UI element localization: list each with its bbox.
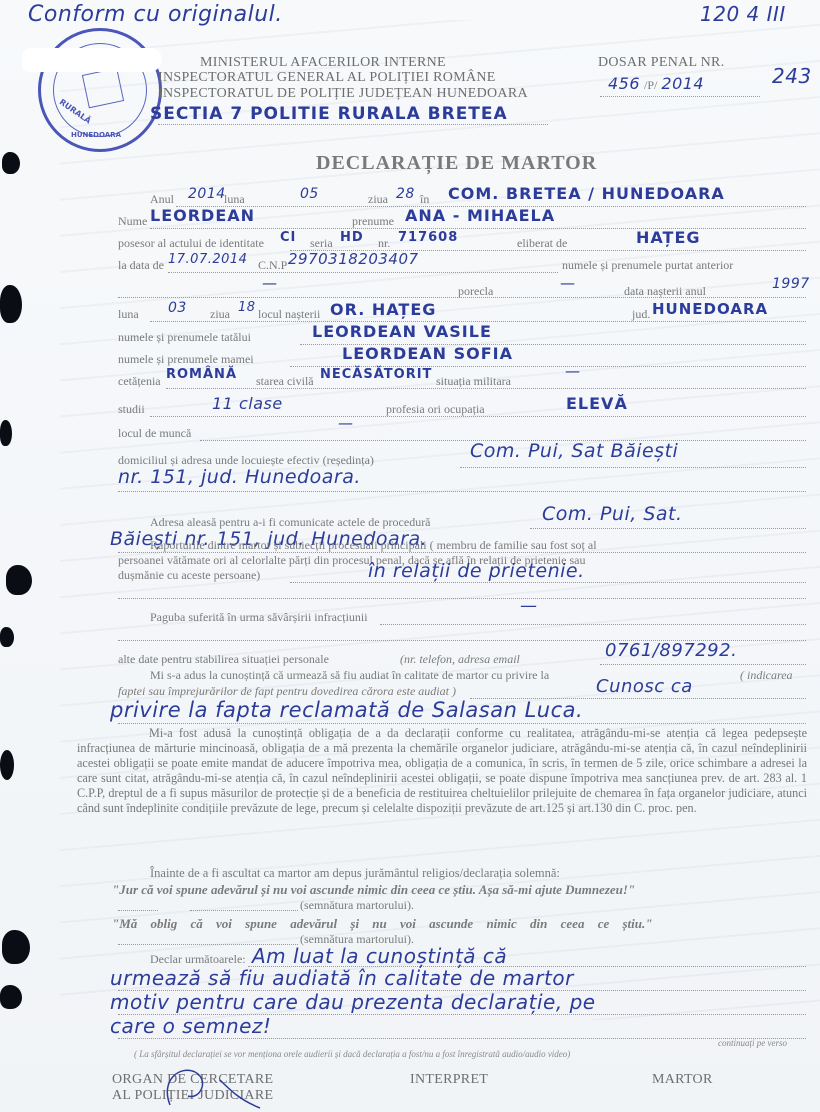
signature-witness-label: MARTOR — [652, 1072, 713, 1088]
punch-hole — [0, 627, 14, 647]
declaration-line: urmează să fiu audiată în calitate de ma… — [110, 966, 574, 990]
field-series: HD — [340, 230, 364, 245]
officer-signature — [150, 1060, 270, 1110]
audit-subject-handwritten-continued: privire la fapta reclamată de Salasan Lu… — [110, 698, 583, 722]
case-file-label: DOSAR PENAL NR. — [598, 55, 725, 71]
field-id-number: 717608 — [398, 230, 458, 245]
signature-placeholder: (semnătura martorului). — [300, 898, 414, 913]
field-residence-continued: nr. 151, jud. Hunedoara. — [118, 466, 361, 488]
case-file-extra-number: 243 — [772, 64, 812, 88]
field-nickname: — — [560, 274, 576, 292]
punch-hole — [2, 930, 30, 964]
punch-hole — [0, 750, 14, 780]
declaration-line: motiv pentru care dau prezenta declarați… — [110, 990, 596, 1014]
oath-intro: Înainte de a fi ascultat ca martor am de… — [150, 866, 560, 881]
page-marks: 120 4 III — [700, 2, 786, 26]
audit-subject-handwritten: Cunosc ca — [596, 676, 693, 697]
field-cnp: 2970318203407 — [288, 250, 419, 268]
signature-interpreter-label: INTERPRET — [410, 1072, 488, 1088]
field-relations: în relații de prietenie. — [368, 560, 585, 582]
case-file-year: 2014 — [661, 74, 704, 93]
field-year: 2014 — [188, 186, 226, 202]
field-birth-year: 1997 — [772, 276, 810, 292]
redaction-mark — [22, 48, 162, 72]
conformity-annotation: Conform cu originalul. — [28, 2, 283, 27]
field-month: 05 — [300, 186, 319, 202]
punch-hole — [0, 285, 22, 323]
field-surname: LEORDEAN — [150, 206, 255, 225]
field-birth-month: 03 — [168, 300, 187, 316]
official-stamp: RURALĂ HUNEDOARA — [38, 28, 162, 152]
field-civil-status: NECĂSĂTORIT — [320, 367, 432, 382]
field-profession: elevă — [566, 394, 628, 413]
field-damage: — — [520, 596, 538, 616]
field-birth-place: Or. HAȚEG — [330, 300, 436, 319]
field-residence: Com. Pui, Sat Băiești — [470, 440, 678, 462]
field-issue-date: 17.07.2014 — [168, 252, 247, 267]
declaration-line: care o semnez! — [110, 1014, 271, 1038]
declaration-line: Am luat la cunoștință că — [252, 944, 507, 968]
continue-on-verso-note: continuați pe verso — [718, 1038, 787, 1048]
field-firstname: ANA - MIHAELA — [405, 206, 555, 225]
punch-hole — [6, 565, 32, 595]
punch-hole — [2, 152, 20, 174]
field-father-name: LEORDEAN VASILE — [312, 322, 492, 341]
field-birth-day: 18 — [238, 300, 256, 315]
document-title: DECLARAȚIE DE MARTOR — [316, 152, 597, 175]
field-phone-number: 0761/897292. — [605, 640, 737, 661]
field-issued-by: HAȚEG — [636, 228, 701, 247]
police-unit-handwritten: SECTIA 7 POLITIE RURALA BRETEA — [150, 104, 508, 124]
field-military-status: — — [565, 362, 581, 380]
inspectorate-general-header: INSPECTORATUL GENERAL AL POLIȚIEI ROMÂNE — [158, 70, 496, 86]
footer-note: ( La sfârșitul declarației se vor mențio… — [134, 1049, 570, 1059]
field-day: 28 — [396, 186, 415, 202]
oath-religious: "Jur că voi spune adevărul și nu voi asc… — [112, 882, 635, 898]
case-file-number: 456 — [608, 74, 640, 93]
field-citizenship: ROMÂNĂ — [166, 367, 237, 382]
field-previous-name: — — [262, 274, 278, 292]
ministry-header: MINISTERUL AFACERILOR INTERNE — [200, 55, 446, 71]
field-procedural-address: Com. Pui, Sat. — [542, 503, 683, 525]
scanned-document-page: Conform cu originalul. 120 4 III RURALĂ … — [0, 0, 820, 1112]
field-id-type: CI — [280, 230, 296, 245]
stamp-text: HUNEDOARA — [71, 131, 121, 139]
field-mother-name: LEORDEAN SOFIA — [342, 344, 513, 363]
punch-hole — [0, 420, 12, 446]
oath-solemn: "Mă oblig că voi spune adevărul și nu vo… — [112, 916, 652, 932]
field-birth-county: HUNEDOARA — [652, 300, 768, 318]
punch-hole — [0, 985, 22, 1009]
inspectorate-county-header: INSPECTORATUL DE POLIȚIE JUDEȚEAN HUNEDO… — [158, 86, 528, 102]
field-studies: 11 clase — [212, 394, 283, 413]
coat-of-arms-icon — [82, 68, 124, 109]
field-workplace: — — [338, 414, 354, 432]
field-place: Com. Bretea / Hunedoara — [448, 184, 725, 203]
obligations-paragraph: Mi-a fost adusă la cunoștință obligația … — [77, 726, 807, 816]
case-file-number-row: 456 /P/ 2014 — [608, 74, 704, 94]
